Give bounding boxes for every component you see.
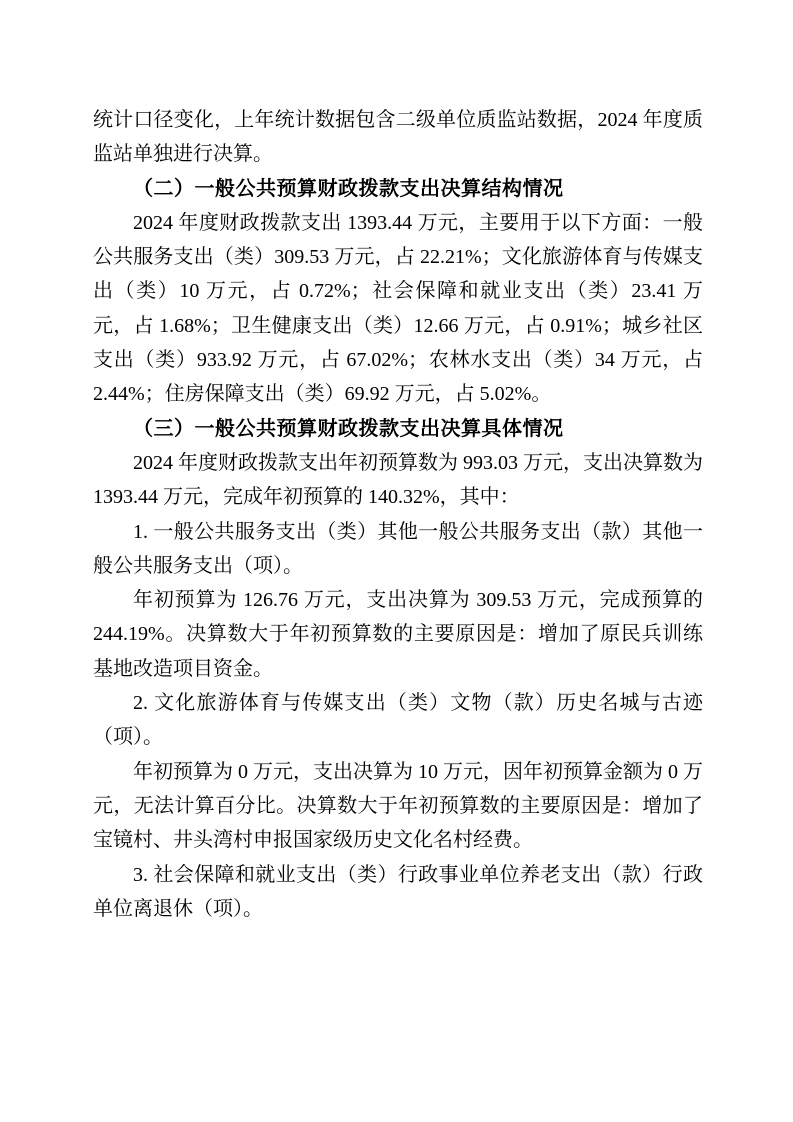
section-heading-2: （二）一般公共预算财政拨款支出决算结构情况: [93, 172, 703, 206]
paragraph-budget-summary: 2024 年度财政拨款支出年初预算数为 993.03 万元，支出决算数为 139…: [93, 446, 703, 515]
paragraph-item-2-title: 2. 文化旅游体育与传媒支出（类）文物（款）历史名城与古迹（项）。: [93, 686, 703, 755]
section-heading-3: （三）一般公共预算财政拨款支出决算具体情况: [93, 412, 703, 446]
paragraph-item-2-detail: 年初预算为 0 万元，支出决算为 10 万元，因年初预算金额为 0 万元，无法计…: [93, 755, 703, 858]
paragraph-item-3-title: 3. 社会保障和就业支出（类）行政事业单位养老支出（款）行政单位离退休（项）。: [93, 858, 703, 927]
paragraph-item-1-detail: 年初预算为 126.76 万元，支出决算为 309.53 万元，完成预算的 24…: [93, 583, 703, 686]
document-body: 统计口径变化，上年统计数据包含二级单位质监站数据，2024 年度质监站单独进行决…: [93, 103, 703, 926]
document-page: 统计口径变化，上年统计数据包含二级单位质监站数据，2024 年度质监站单独进行决…: [0, 0, 793, 1122]
paragraph-item-1-title: 1. 一般公共服务支出（类）其他一般公共服务支出（款）其他一般公共服务支出（项）…: [93, 515, 703, 584]
paragraph-expenditure-structure: 2024 年度财政拨款支出 1393.44 万元，主要用于以下方面：一般公共服务…: [93, 206, 703, 412]
paragraph-continuation: 统计口径变化，上年统计数据包含二级单位质监站数据，2024 年度质监站单独进行决…: [93, 103, 703, 172]
